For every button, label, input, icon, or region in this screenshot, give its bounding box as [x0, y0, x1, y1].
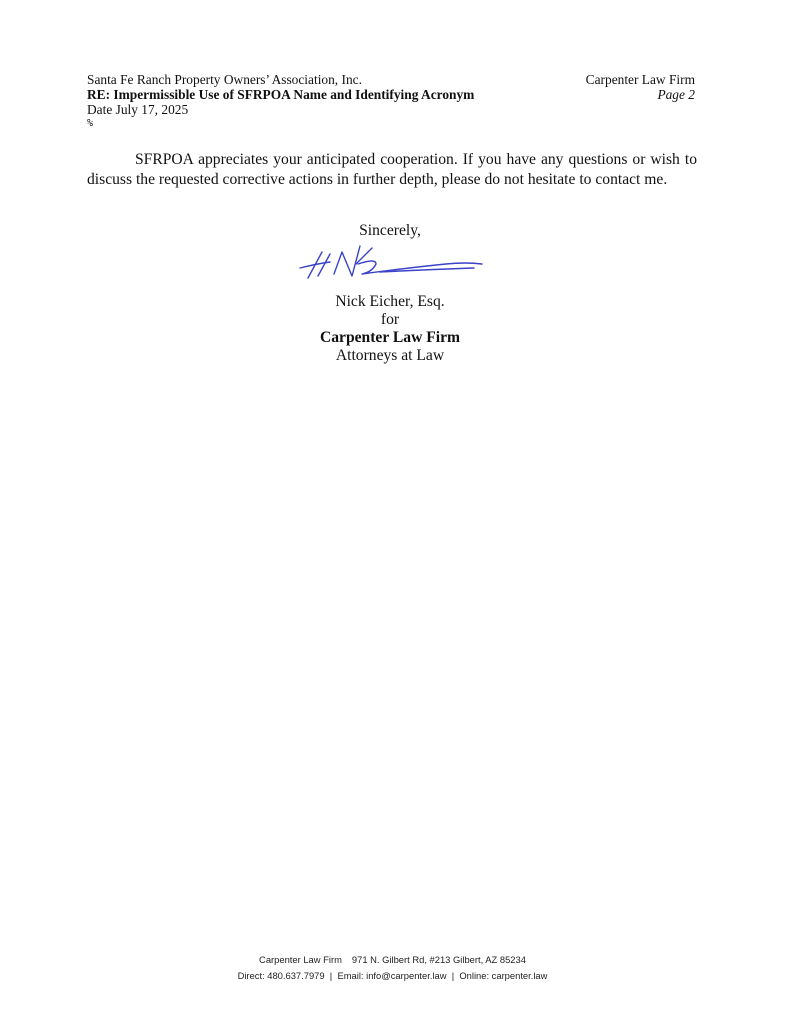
salutation: Sincerely, [240, 222, 540, 241]
footer-address-line: Carpenter Law Firm971 N. Gilbert Rd, #21… [0, 952, 785, 968]
footer-firm: Carpenter Law Firm [259, 954, 342, 965]
recipient-name: Santa Fe Ranch Property Owners’ Associat… [87, 72, 474, 87]
subject-line: RE: Impermissible Use of SFRPOA Name and… [87, 87, 474, 102]
footer-address: 971 N. Gilbert Rd, #213 Gilbert, AZ 8523… [352, 954, 526, 965]
letterhead-footer: Carpenter Law Firm971 N. Gilbert Rd, #21… [0, 952, 785, 984]
letter-header-right: Carpenter Law Firm Page 2 [586, 72, 695, 102]
firm-name-header: Carpenter Law Firm [586, 72, 695, 87]
signer-for: for [240, 311, 540, 329]
reference-mark: % [87, 117, 474, 131]
signature-block: Nick Eicher, Esq. for Carpenter Law Firm… [240, 293, 540, 365]
signature-image [296, 242, 486, 284]
signer-name: Nick Eicher, Esq. [240, 293, 540, 311]
closing-paragraph: SFRPOA appreciates your anticipated coop… [87, 150, 697, 190]
signer-title: Attorneys at Law [240, 347, 540, 365]
letter-header-left: Santa Fe Ranch Property Owners’ Associat… [87, 72, 474, 131]
signer-firm: Carpenter Law Firm [240, 329, 540, 347]
letter-body: SFRPOA appreciates your anticipated coop… [87, 150, 697, 190]
page-number: Page 2 [586, 87, 695, 102]
letter-date: Date July 17, 2025 [87, 102, 474, 117]
footer-contact-line: Direct: 480.637.7979 | Email: info@carpe… [0, 968, 785, 984]
